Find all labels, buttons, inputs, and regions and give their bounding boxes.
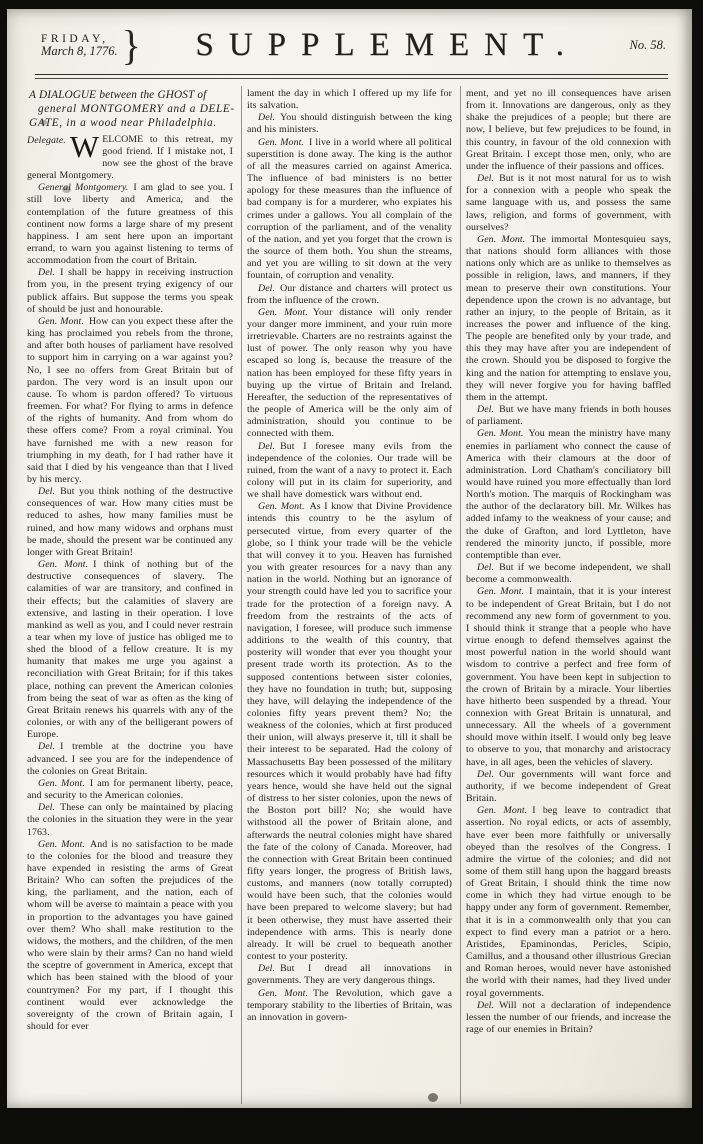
paragraph-text: But I dread all innovations in governmen… [247, 963, 452, 986]
paragraph-text: ment, and yet no ill consequences have a… [466, 88, 671, 172]
speaker-label: Del. [477, 404, 494, 415]
paragraph: Gen. Mont. I maintain, that it is your i… [466, 586, 671, 768]
paragraph-text: lament the day in which I offered up my … [247, 88, 452, 111]
paragraph: Del. These can only be maintained by pla… [27, 802, 233, 838]
speaker-label: Gen. Mont. [38, 839, 85, 850]
paragraph: Gen. Mont. I live in a world where all p… [247, 137, 452, 283]
newspaper-page: FRIDAY, March 8, 1776. } SUPPLEMENT. No.… [7, 9, 692, 1108]
masthead-title: SUPPLEMENT. [147, 27, 628, 64]
paragraph: ment, and yet no ill consequences have a… [466, 88, 671, 173]
speaker-label: Del. [38, 486, 55, 497]
speaker-label: Gen. Mont. [258, 137, 304, 148]
date-block: FRIDAY, March 8, 1776. [41, 33, 118, 58]
speaker-label: Del. [258, 112, 275, 123]
speaker-label: Del. [38, 267, 55, 278]
masthead-row: FRIDAY, March 8, 1776. } SUPPLEMENT. No.… [7, 9, 692, 69]
speaker-label: Del. [477, 562, 494, 573]
column-3: ment, and yet no ill consequences have a… [460, 86, 679, 1104]
paragraph: Gen. Mont. I beg leave to contradict tha… [466, 805, 671, 1000]
paragraph-text: But is it not most natural for us to wis… [466, 173, 671, 233]
paragraph-text: You should distinguish between the king … [247, 112, 452, 135]
paragraph-text: But if we become independent, we shall b… [466, 562, 671, 585]
speaker-label: Gen. Mont. [477, 805, 527, 816]
article-title: A DIALOGUE between the GHOST ofgeneral M… [29, 88, 233, 131]
speaker-label: Gen. Mont. [258, 988, 308, 999]
paragraph-text: How can you expect these after the king … [27, 316, 233, 485]
speaker-label: Gen. Mont. [38, 316, 84, 327]
article-title-line: A DIALOGUE between the GHOST of [29, 88, 233, 102]
speaker-label: General Montgomery. [38, 182, 128, 193]
paragraph-text: Our governments will want force and auth… [466, 769, 671, 804]
paragraph: Del. I shall be happy in receiving instr… [27, 267, 233, 316]
speaker-label: Del. [258, 963, 275, 974]
header-double-rule [35, 74, 668, 79]
paragraph: Del. But we have many friends in both ho… [466, 404, 671, 428]
paragraph: Del. Will not a declaration of independe… [466, 1000, 671, 1036]
drop-cap: W [70, 134, 102, 159]
text-columns: A DIALOGUE between the GHOST ofgeneral M… [22, 86, 680, 1104]
speaker-label: Del. [38, 741, 55, 752]
paragraph-text: I beg leave to contradict that assertion… [466, 805, 671, 998]
speaker-label: Gen. Mont. [477, 234, 525, 245]
paragraph-text: As I know that Divine Providence intends… [247, 501, 452, 962]
paragraph-text: But we have many friends in both houses … [466, 404, 671, 427]
paragraph: Gen. Mont. The immortal Montesquieu says… [466, 234, 671, 404]
paragraph: Gen. Mont. How can you expect these afte… [27, 316, 233, 486]
paragraph: Gen. Mont. As I know that Divine Provide… [247, 501, 452, 963]
paragraph-text: But I foresee many evils from the indepe… [247, 441, 452, 501]
article-title-line: general MONTGOMERY and a DELE- [38, 102, 233, 116]
speaker-label: Del. [477, 1000, 494, 1011]
paragraph-text: Your distance will only render your dang… [247, 307, 452, 440]
speaker-label: Del. [38, 802, 55, 813]
issue-number: No. 58. [630, 38, 666, 53]
speaker-label: Del. [477, 769, 494, 780]
paragraph-text: And is no satisfaction to be made to the… [27, 839, 233, 1032]
paragraph-text: I think of nothing but of the destructiv… [27, 559, 233, 740]
column-2: lament the day in which I offered up my … [241, 86, 460, 1104]
paragraph-text: I live in a world where all political su… [247, 137, 452, 282]
date-line: March 8, 1776. [41, 45, 118, 58]
paragraph: Del. Our governments will want force and… [466, 769, 671, 805]
paragraph: Delegate.WELCOME to this retreat, my goo… [27, 134, 233, 183]
article-title-line: GATE, in a wood near Philadelphia. [29, 116, 233, 130]
paragraph: Gen. Mont. Your distance will only rende… [247, 307, 452, 441]
paragraph-text: I tremble at the doctrine you have advan… [27, 741, 233, 776]
brace-glyph: } [122, 21, 141, 70]
speaker-label: Gen. Mont. [38, 559, 88, 570]
paragraph: Gen. Mont. I think of nothing but of the… [27, 559, 233, 741]
speaker-label: Del. [258, 441, 275, 452]
paragraph: Gen. Mont. And is no satisfaction to be … [27, 839, 233, 1034]
paragraph: Del. Our distance and charters will prot… [247, 283, 452, 307]
paragraph-text: I maintain, that it is your interest to … [466, 586, 671, 767]
paragraph-text: The immortal Montesquieu says, that nati… [466, 234, 671, 403]
paragraph: Del. You should distinguish between the … [247, 112, 452, 136]
paragraph: Del. But if we become independent, we sh… [466, 562, 671, 586]
paragraph: Gen. Mont. The Revolution, which gave a … [247, 988, 452, 1024]
paragraph: Del. I tremble at the doctrine you have … [27, 741, 233, 777]
paragraph: Gen. Mont. I am for permanent liberty, p… [27, 778, 233, 802]
paragraph: Del. But is it not most natural for us t… [466, 173, 671, 234]
paragraph-text: You mean the ministry have many enemies … [466, 428, 671, 561]
speaker-label: Delegate. [27, 134, 70, 159]
paragraph: Del. But I foresee many evils from the i… [247, 441, 452, 502]
paragraph-text: Our distance and charters will protect u… [247, 283, 452, 306]
column-1: A DIALOGUE between the GHOST ofgeneral M… [22, 86, 241, 1104]
paragraph: Del. But I dread all innovations in gove… [247, 963, 452, 987]
speaker-label: Gen. Mont. [258, 307, 308, 318]
paragraph-text: Will not a declaration of independence l… [466, 1000, 671, 1035]
paragraph: General Montgomery. I am glad to see you… [27, 182, 233, 267]
speaker-label: Gen. Mont. [477, 586, 524, 597]
speaker-label: Del. [258, 283, 275, 294]
speaker-label: Gen. Mont. [477, 428, 523, 439]
speaker-label: Gen. Mont. [258, 501, 305, 512]
paragraph: lament the day in which I offered up my … [247, 88, 452, 112]
paragraph: Gen. Mont. You mean the ministry have ma… [466, 428, 671, 562]
paragraph-text: I shall be happy in receiving instructio… [27, 267, 233, 314]
paragraph: Del. But you think nothing of the destru… [27, 486, 233, 559]
paragraph-text: But you think nothing of the destructive… [27, 486, 233, 558]
paragraph-text: I am glad to see you. I still love liber… [27, 182, 233, 266]
speaker-label: Gen. Mont. [38, 778, 85, 789]
paragraph-text: These can only be maintained by placing … [27, 802, 233, 837]
speaker-label: Del. [477, 173, 494, 184]
